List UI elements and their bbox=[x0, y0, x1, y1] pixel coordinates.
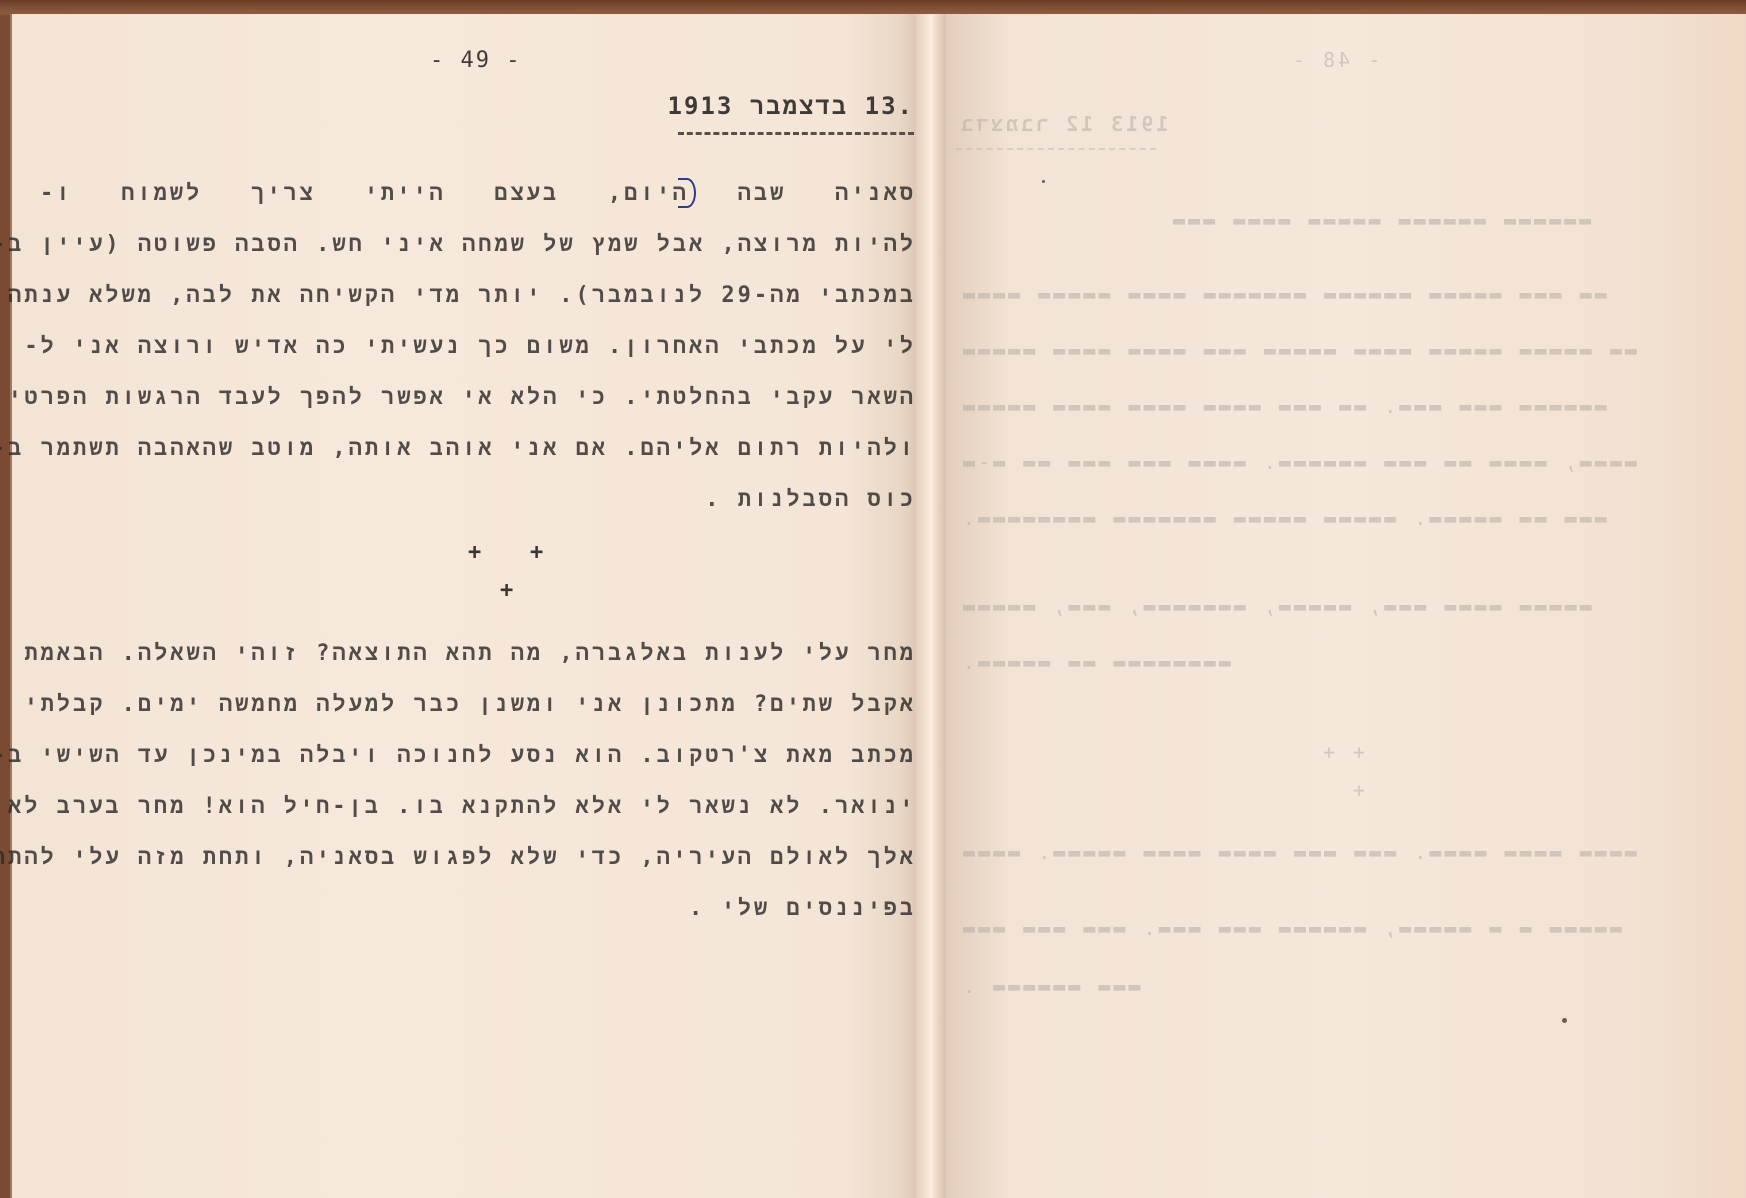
ghost-text-line: ▬▬▬▬▬▬▬▬ ▬▬ ▬▬▬▬▬. bbox=[960, 650, 1231, 674]
ghost-text-line: ▬▬▬▬, ▬▬▬▬ ▬▬ ▬▬▬ ▬▬▬▬▬▬. ▬▬▬▬ ▬▬▬ ▬▬▬ ▬… bbox=[960, 450, 1637, 474]
separator-cross-icon: + bbox=[500, 578, 513, 603]
ghost-date-underline bbox=[956, 148, 1156, 150]
ghost-text-line: ▬▬▬▬▬▬ ▬▬▬▬▬▬ ▬▬▬▬▬ ▬▬▬▬ ▬▬▬ bbox=[1170, 208, 1591, 232]
ghost-separator: + bbox=[1350, 778, 1365, 802]
text-line: להיות מרוצה, אבל שמץ של שמחה איני חש. הס… bbox=[40, 219, 916, 270]
text-line: ולהיות רתום אליהם. אם אני אוהב אותה, מוט… bbox=[40, 423, 916, 474]
ghost-text-line: ▬▬▬ ▬▬▬▬▬▬ . bbox=[960, 974, 1141, 998]
text-line: השאר עקבי בהחלטתי. כי הלא אי אפשר להפך ל… bbox=[40, 372, 916, 423]
paragraph-2: מחר עלי לענות באלגברה, מה תהא התוצאה? זו… bbox=[40, 628, 916, 934]
book-gutter bbox=[916, 14, 946, 1198]
ghost-text-line: ▬▬ ▬▬▬ ▬▬▬▬▬ ▬▬▬▬▬▬ ▬▬▬▬▬▬▬ ▬▬▬▬ ▬▬▬▬▬ ▬… bbox=[960, 282, 1607, 306]
ghost-text-line: ▬▬▬ ▬▬ ▬▬▬▬▬. ▬▬▬▬▬ ▬▬▬▬▬ ▬▬▬▬▬▬▬ ▬▬▬▬▬▬… bbox=[960, 506, 1607, 530]
paper-spot bbox=[1042, 180, 1045, 183]
separator-cross-icon: + bbox=[530, 540, 543, 565]
ghost-text-line: ▬▬▬▬▬▬ ▬▬▬ ▬▬▬. ▬▬ ▬▬▬ ▬▬▬▬ ▬▬▬▬ ▬▬▬▬ ▬▬… bbox=[960, 394, 1607, 418]
paragraph-1: סאניה שבה היום, בעצם הייתי צריך לשמוח ו-… bbox=[40, 168, 916, 525]
separator-cross-icon: + bbox=[468, 540, 481, 565]
text-line: כוס הסבלנות . bbox=[40, 474, 916, 525]
paper-spot bbox=[1562, 1018, 1567, 1023]
ghost-page-number: - 48 - bbox=[1290, 48, 1380, 72]
ghost-text-line: ▬▬▬▬ ▬▬▬▬ ▬▬▬▬. ▬▬▬ ▬▬▬ ▬▬▬▬ ▬▬▬▬ ▬▬▬▬▬.… bbox=[960, 840, 1637, 864]
ghost-text-line: ▬▬▬▬▬ ▬▬▬▬ ▬▬▬, ▬▬▬▬▬, ▬▬▬▬▬▬▬, ▬▬▬, ▬▬▬… bbox=[960, 594, 1592, 618]
page-number: - 49 - bbox=[430, 48, 521, 73]
text-line: אלך לאולם העיריה, כדי שלא לפגוש בסאניה, … bbox=[40, 832, 916, 883]
open-book: - 49 - .13 בדצמבר 1913 סאניה שבה היום, ב… bbox=[0, 0, 1746, 1198]
ghost-date-heading: 1913 בדצמבר 12 bbox=[958, 112, 1168, 138]
ghost-text-line: ▬▬▬▬▬ ▬ ▬ ▬▬▬▬▬, ▬▬▬▬▬▬ ▬▬▬ ▬▬▬. ▬▬▬ ▬▬▬… bbox=[960, 916, 1622, 940]
text-line: סאניה שבה היום, בעצם הייתי צריך לשמוח ו- bbox=[40, 168, 916, 219]
text-line: במכתבי מה-29 לנובמבר). יותר מדי הקשיחה א… bbox=[40, 270, 916, 321]
text-line: מחר עלי לענות באלגברה, מה תהא התוצאה? זו… bbox=[40, 628, 916, 679]
text-line: לי על מכתבי האחרון. משום כך נעשיתי כה אד… bbox=[40, 321, 916, 372]
text-line: אקבל שתים? מתכונן אני ומשנן כבר למעלה מח… bbox=[40, 679, 916, 730]
ghost-separator: + + bbox=[1320, 740, 1365, 764]
ghost-text-line: ▬▬ ▬▬▬▬▬ ▬▬▬▬▬ ▬▬▬▬ ▬▬▬▬▬ ▬▬▬ ▬▬▬▬ ▬▬▬▬ … bbox=[960, 338, 1637, 362]
text-line: ינואר. לא נשאר לי אלא להתקנא בו. בן-חיל … bbox=[40, 781, 916, 832]
text-line: בפיננסים שלי . bbox=[40, 883, 916, 934]
date-underline bbox=[678, 132, 914, 135]
entry-date-heading: .13 בדצמבר 1913 bbox=[668, 92, 914, 122]
text-line: מכתב מאת צ'רטקוב. הוא נסע לחנוכה ויבלה ב… bbox=[40, 730, 916, 781]
